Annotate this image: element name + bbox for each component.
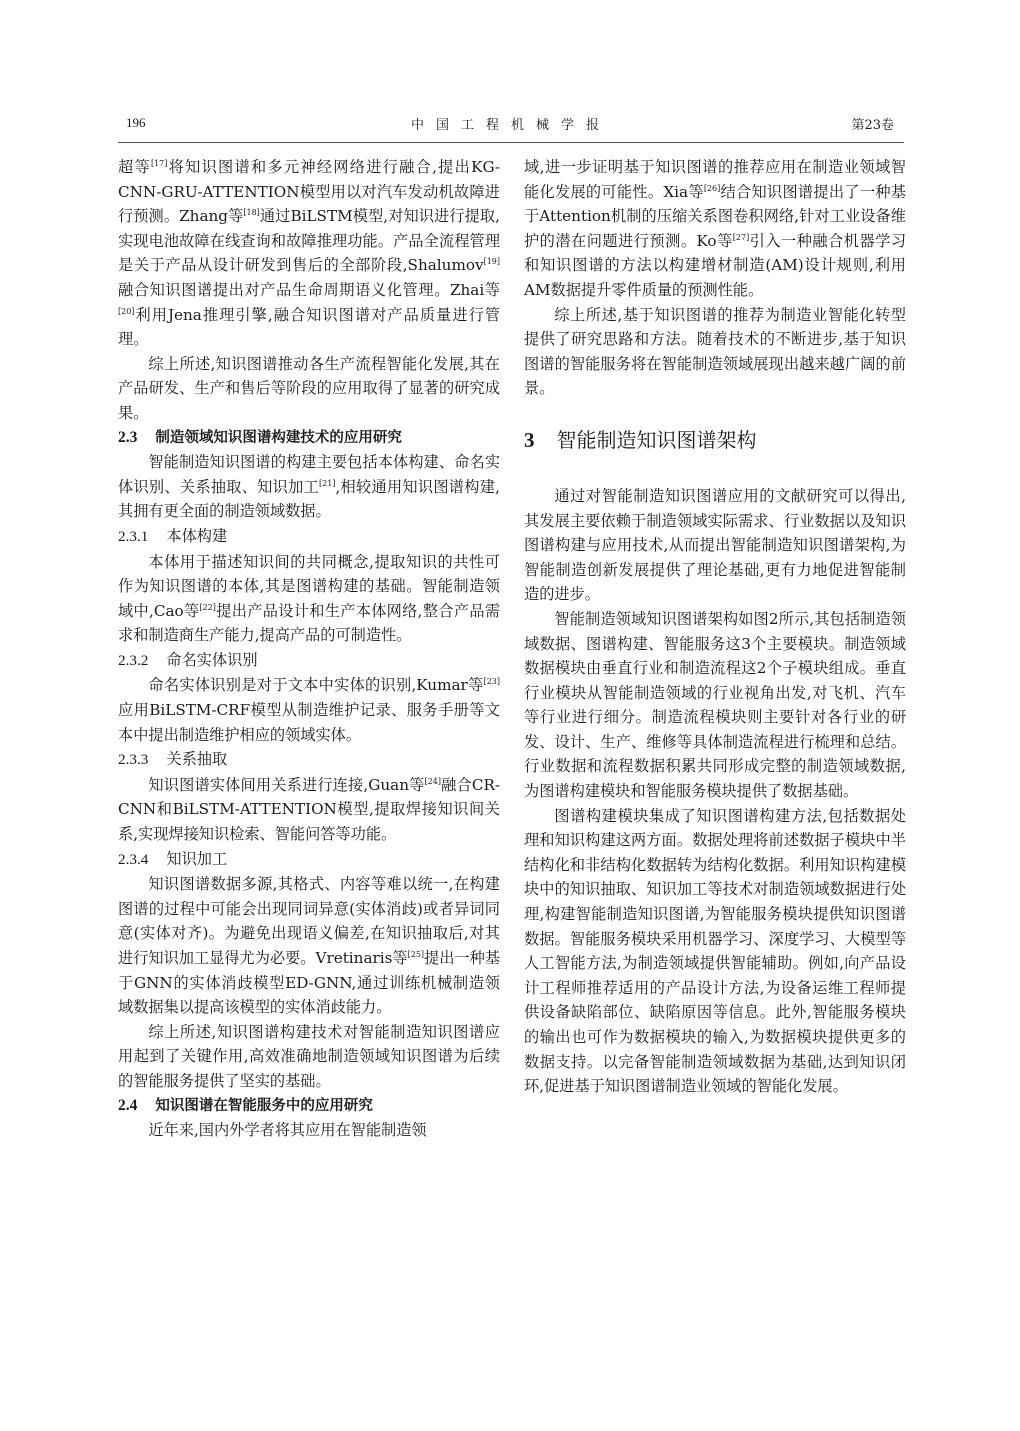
volume-label: 第23卷 — [851, 114, 894, 133]
paragraph: 智能制造领域知识图谱架构如图2所示,其包括制造领域数据、图谱构建、智能服务这3个… — [524, 607, 906, 804]
paragraph: 知识图谱数据多源,其格式、内容等难以统一,在构建图谱的过程中可能会出现同词异意(… — [118, 872, 500, 1020]
citation[interactable]: [25] — [408, 950, 424, 959]
citation[interactable]: [20] — [118, 307, 134, 316]
paragraph: 本体用于描述知识间的共同概念,提取知识的共性可作为知识图谱的本体,其是图谱构建的… — [118, 550, 500, 648]
paragraph: 综上所述,知识图谱构建技术对智能制造知识图谱应用起到了关键作用,高效准确地制造领… — [118, 1020, 500, 1094]
running-header: 196 中国工程机械学报 第23卷 — [118, 112, 904, 134]
citation[interactable]: [19] — [484, 257, 500, 266]
right-column: 域,进一步证明基于知识图谱的推荐应用在制造业领域智能化发展的可能性。Xia等[2… — [524, 155, 906, 1099]
paragraph: 命名实体识别是对于文本中实体的识别,Kumar等[23]应用BiLSTM-CRF… — [118, 673, 500, 747]
citation[interactable]: [21] — [319, 479, 335, 488]
paragraph: 图谱构建模块集成了知识图谱构建方法,包括数据处理和知识构建这两方面。数据处理将前… — [524, 804, 906, 1099]
citation[interactable]: [24] — [425, 777, 441, 786]
paragraph: 通过对智能制造知识图谱应用的文献研究可以得出,其发展主要依赖于制造领域实际需求、… — [524, 484, 906, 607]
section-heading-2-3-4: 2.3.4知识加工 — [118, 847, 500, 873]
section-heading-2-3-3: 2.3.3关系抽取 — [118, 747, 500, 773]
section-heading-2-3-2: 2.3.2命名实体识别 — [118, 648, 500, 674]
paragraph: 知识图谱实体间用关系进行连接,Guan等[24]融合CR-CNN和BiLSTM-… — [118, 773, 500, 847]
paragraph: 域,进一步证明基于知识图谱的推荐应用在制造业领域智能化发展的可能性。Xia等[2… — [524, 155, 906, 303]
citation[interactable]: [27] — [733, 233, 749, 242]
left-column: 超等[17]将知识图谱和多元神经网络进行融合,提出KG-CNN-GRU-ATTE… — [118, 155, 500, 1143]
paragraph: 超等[17]将知识图谱和多元神经网络进行融合,提出KG-CNN-GRU-ATTE… — [118, 155, 500, 352]
citation[interactable]: [26] — [704, 184, 720, 193]
section-heading-2-3: 2.3制造领域知识图谱构建技术的应用研究 — [118, 426, 500, 451]
citation[interactable]: [23] — [484, 677, 500, 686]
paragraph: 智能制造知识图谱的构建主要包括本体构建、命名实体识别、关系抽取、知识加工[21]… — [118, 450, 500, 524]
paragraph: 综上所述,基于知识图谱的推荐为制造业智能化转型提供了研究思路和方法。随着技术的不… — [524, 303, 906, 401]
paragraph: 近年来,国内外学者将其应用在智能制造领 — [118, 1118, 500, 1143]
journal-title: 中国工程机械学报 — [118, 114, 904, 133]
citation[interactable]: [22] — [199, 603, 215, 612]
section-heading-2-4: 2.4知识图谱在智能服务中的应用研究 — [118, 1094, 500, 1119]
paragraph: 综上所述,知识图谱推动各生产流程智能化发展,其在产品研发、生产和售后等阶段的应用… — [118, 352, 500, 426]
citation[interactable]: [17] — [151, 159, 167, 168]
section-heading-3: 3智能制造知识图谱架构 — [524, 426, 906, 454]
section-heading-2-3-1: 2.3.1本体构建 — [118, 524, 500, 550]
citation[interactable]: [18] — [243, 208, 259, 217]
header-rule — [118, 142, 904, 143]
